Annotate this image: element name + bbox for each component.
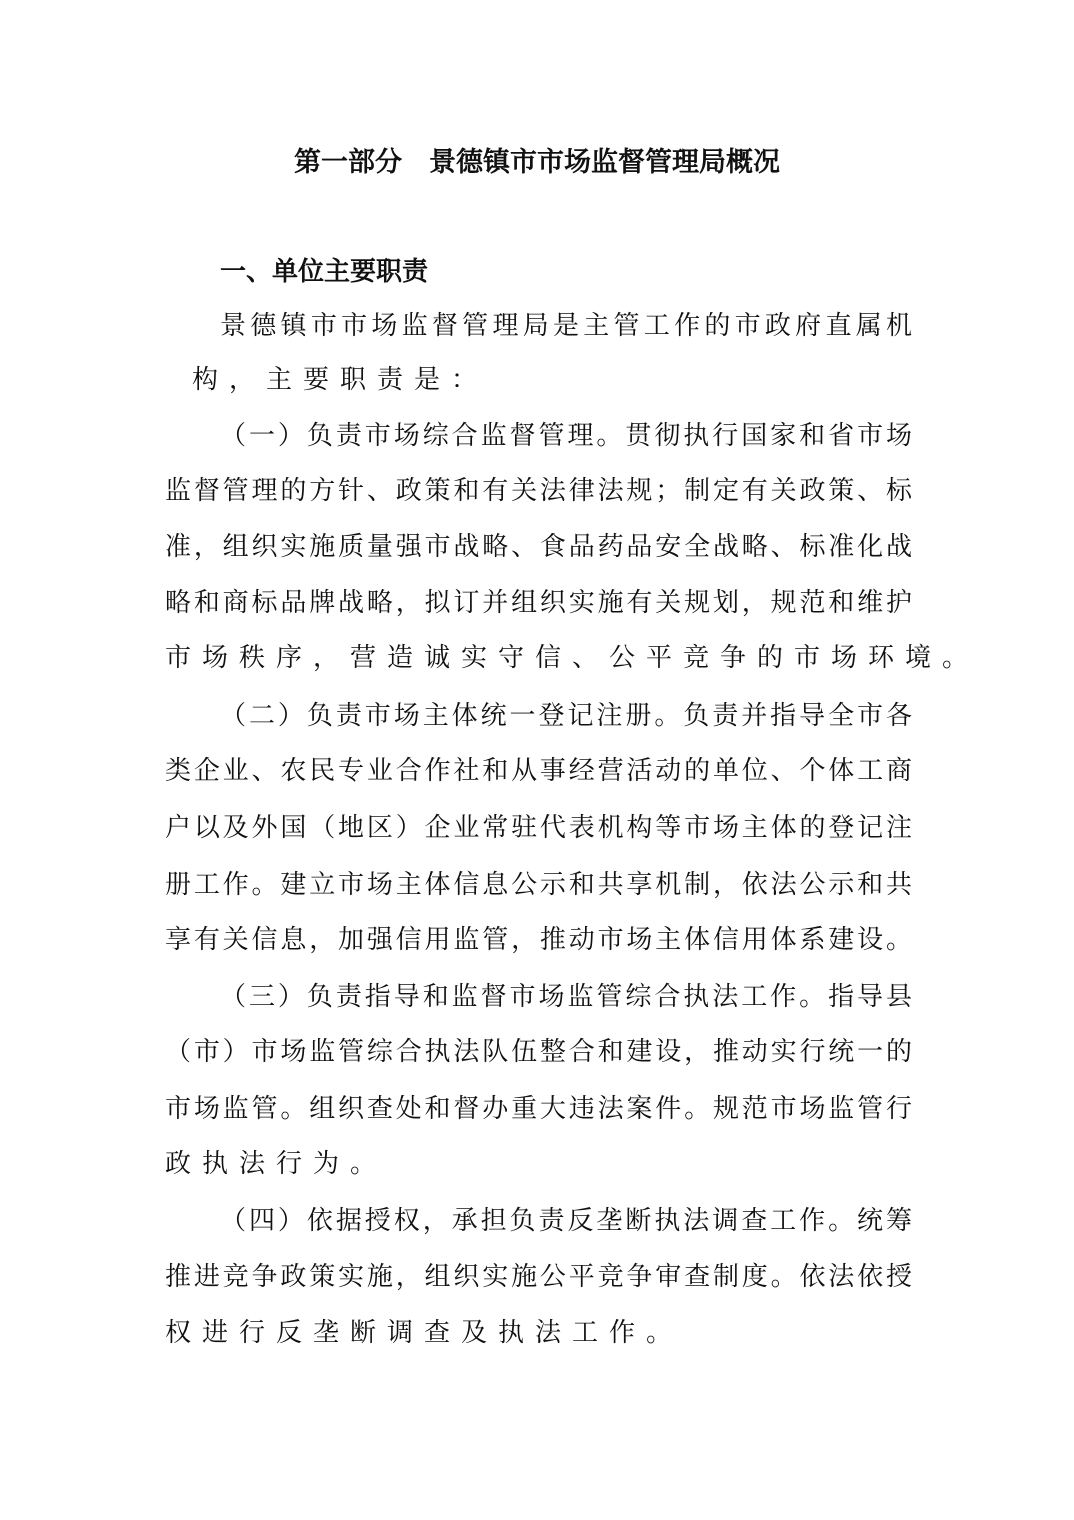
paragraph-line: 政执法行为。 [165,1144,912,1184]
paragraph-line: 户以及外国（地区）企业常驻代表机构等市场主体的登记注 [165,808,912,848]
paragraph-line: 略和商标品牌战略，拟订并组织实施有关规划，规范和维护 [165,583,912,623]
paragraph-line: （二）负责市场主体统一登记注册。负责并指导全市各 [220,696,912,736]
paragraph-line: 景德镇市市场监督管理局是主管工作的市政府直属机 [220,306,912,346]
paragraph-line: （市）市场监管综合执法队伍整合和建设，推动实行统一的 [165,1032,912,1072]
paragraph-line: 市场监管。组织查处和督办重大违法案件。规范市场监管行 [165,1089,912,1129]
paragraph-line: 监督管理的方针、政策和有关法律法规；制定有关政策、标 [165,471,912,511]
paragraph-line: （四）依据授权，承担负责反垄断执法调查工作。统筹 [220,1201,912,1241]
paragraph-line: 准，组织实施质量强市战略、食品药品安全战略、标准化战 [165,527,912,567]
paragraph-line: 推进竞争政策实施，组织实施公平竞争审查制度。依法依授 [165,1257,912,1297]
paragraph-line: 册工作。建立市场主体信息公示和共享机制，依法公示和共 [165,865,912,905]
paragraph-line: 权进行反垄断调查及执法工作。 [165,1313,912,1353]
paragraph-line: （一）负责市场综合监督管理。贯彻执行国家和省市场 [220,416,912,456]
paragraph-line: 市场秩序，营造诚实守信、公平竞争的市场环境。 [165,638,912,678]
paragraph-line: （三）负责指导和监督市场监管综合执法工作。指导县 [220,977,912,1017]
paragraph-line: 享有关信息，加强信用监管，推动市场主体信用体系建设。 [165,920,912,960]
part-title: 第一部分 景德镇市市场监督管理局概况 [0,143,1074,183]
paragraph-line: 类企业、农民专业合作社和从事经营活动的单位、个体工商 [165,751,912,791]
section-heading: 一、单位主要职责 [220,252,428,292]
paragraph-line: 构，主要职责是： [192,360,939,400]
